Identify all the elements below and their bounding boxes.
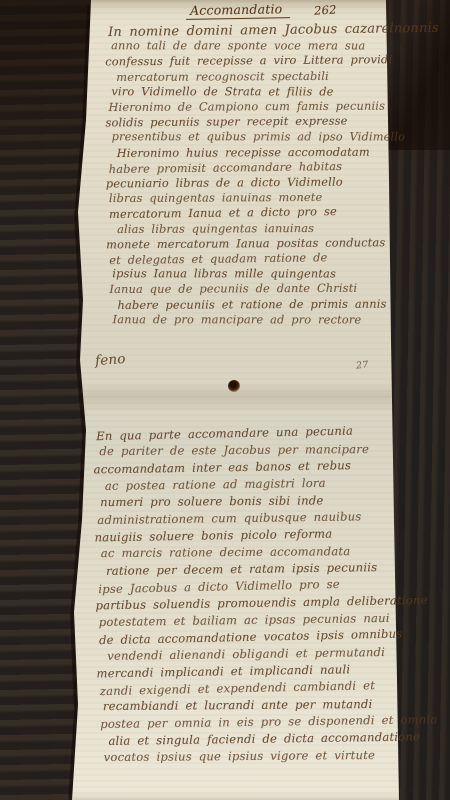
document-title: Accomandatio [186, 1, 291, 20]
manuscript-line: ipsius Ianua libras mille quingentas [112, 266, 380, 281]
manuscript-line: Ianua que de pecuniis de dante Christi [109, 281, 377, 298]
section-heading: feno [94, 351, 126, 369]
manuscript-line: pecuniario libras de a dicto Vidimello [106, 174, 374, 191]
wormhole [228, 380, 240, 392]
manuscript-line: anno tali de dare sponte voce mera sua [111, 38, 379, 53]
header-row: Accomandatio 262 [0, 2, 450, 22]
paragraph-2: En qua parte accomandare una pecunia de … [96, 423, 387, 767]
paragraph-1: In nomine domini amen Jacobus cazarelnon… [108, 23, 378, 328]
manuscript-line: habere pecuniis et ratione de primis ann… [117, 296, 385, 313]
folio-number: 262 [314, 2, 337, 17]
manuscript-line: mercatorum recognoscit spectabili [116, 68, 384, 85]
margin-folio-mark: 27 [355, 359, 369, 371]
manuscript-line: alias libras quingentas ianuinas [117, 220, 385, 237]
manuscript-line: solidis pecuniis super recepit expresse [105, 113, 373, 130]
section-break-row: feno 27 [0, 352, 450, 376]
manuscript-line: Ianua de pro mancipare ad pro rectore [113, 312, 381, 327]
manuscript-photo: Accomandatio 262 In nomine domini amen J… [0, 0, 450, 800]
manuscript-line: vocatos ipsius que ipsius vigore et virt… [104, 747, 390, 766]
manuscript-content: Accomandatio 262 In nomine domini amen J… [0, 0, 450, 800]
manuscript-line: confessus fuit recepisse a viro Littera … [105, 53, 373, 70]
manuscript-line: presentibus et quibus primis ad ipso Vid… [112, 130, 380, 145]
manuscript-line: viro Vidimello de Strata et filiis de [111, 84, 379, 99]
